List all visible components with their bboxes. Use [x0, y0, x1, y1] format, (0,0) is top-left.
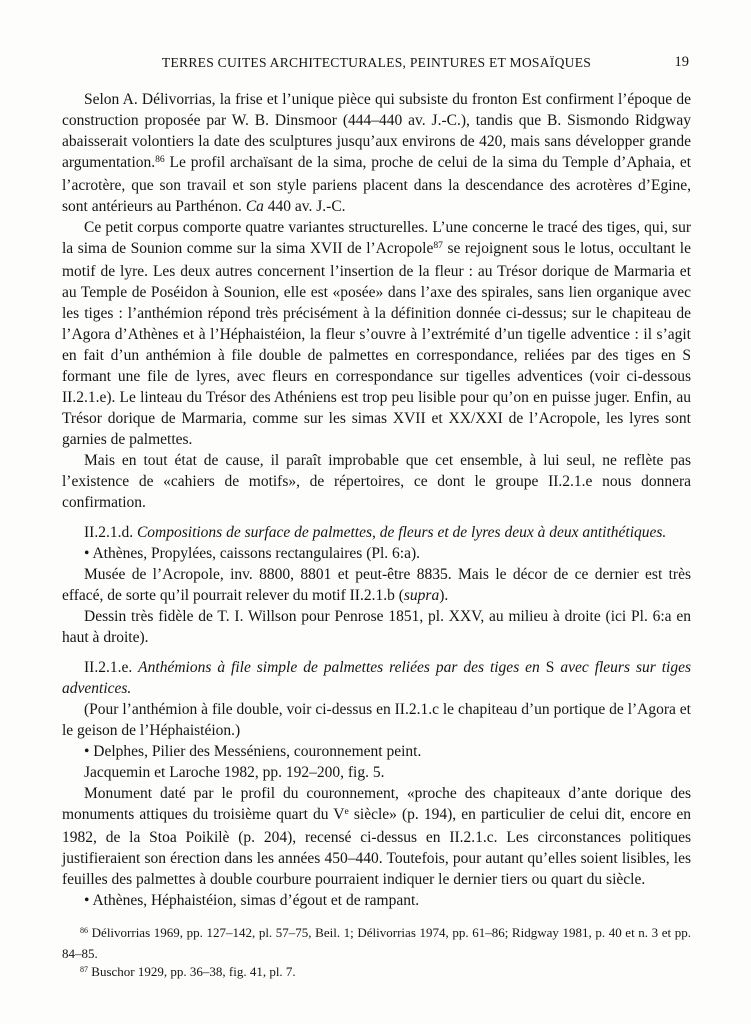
text-run: II.2.1.d.: [84, 524, 137, 541]
paragraph-monument-date: Monument daté par le profil du couronnem…: [62, 783, 691, 890]
text-run: • Delphes, Pilier des Messéniens, couron…: [84, 743, 421, 760]
text-run: Délivorrias 1969, pp. 127–142, pl. 57–75…: [62, 925, 691, 961]
text-run: (Pour l’anthémion à file double, voir ci…: [62, 701, 691, 739]
list-item-athenes-propylees: • Athènes, Propylées, caissons rectangul…: [62, 543, 691, 564]
paragraph-musee-acropole: Musée de l’Acropole, inv. 8800, 8801 et …: [62, 564, 691, 606]
text-run: Mais en tout état de cause, il paraît im…: [62, 452, 691, 511]
italic-text: Ca: [246, 198, 264, 215]
text-run: 440 av. J.-C.: [264, 198, 346, 215]
superscript-text: 87: [433, 240, 443, 251]
running-title: TERRES CUITES ARCHITECTURALES, PEINTURES…: [162, 55, 591, 70]
superscript-text: 86: [155, 154, 165, 165]
superscript-text: 86: [80, 926, 88, 935]
footnote-86: 86 Délivorrias 1969, pp. 127–142, pl. 57…: [62, 924, 691, 963]
paragraph-cahiers-de-motifs: Mais en tout état de cause, il paraît im…: [62, 450, 691, 513]
document-page: TERRES CUITES ARCHITECTURALES, PEINTURES…: [0, 0, 751, 1024]
text-run: ).: [439, 587, 448, 604]
footnotes-block: 86 Délivorrias 1969, pp. 127–142, pl. 57…: [62, 924, 691, 984]
text-run: • Athènes, Propylées, caissons rectangul…: [84, 545, 420, 562]
paragraph-delivorrias-dating: Selon A. Délivorrias, la frise et l’uniq…: [62, 89, 691, 217]
italic-text: Anthémions à file simple de palmettes re…: [138, 659, 546, 676]
italic-text: Compositions de surface de palmettes, de…: [137, 524, 666, 541]
superscript-text: e: [345, 806, 349, 817]
text-run: se rejoignent sous le lotus, occultant l…: [62, 240, 691, 448]
text-run: Jacquemin et Laroche 1982, pp. 192–200, …: [84, 764, 384, 781]
text-run: II.2.1.e.: [84, 659, 138, 676]
section-heading-II21e: II.2.1.e. Anthémions à file simple de pa…: [62, 657, 691, 699]
footnote-87: 87 Buschor 1929, pp. 36–38, fig. 41, pl.…: [62, 963, 691, 984]
list-item-delphes-pilier: • Delphes, Pilier des Messéniens, couron…: [62, 741, 691, 762]
page-number: 19: [675, 54, 690, 71]
list-item-athenes-hephaisteion: • Athènes, Héphaistéion, simas d’égout e…: [62, 890, 691, 911]
paragraph-jacquemin-laroche: Jacquemin et Laroche 1982, pp. 192–200, …: [62, 762, 691, 783]
text-run: • Athènes, Héphaistéion, simas d’égout e…: [84, 892, 419, 909]
section-heading-II21d: II.2.1.d. Compositions de surface de pal…: [62, 522, 691, 543]
text-column: TERRES CUITES ARCHITECTURALES, PEINTURES…: [62, 54, 691, 984]
text-run: Musée de l’Acropole, inv. 8800, 8801 et …: [62, 566, 691, 604]
page-body: Selon A. Délivorrias, la frise et l’uniq…: [62, 89, 691, 911]
paragraph-corpus-variantes: Ce petit corpus comporte quatre variante…: [62, 217, 691, 450]
paragraph-renvoi-II21c: (Pour l’anthémion à file double, voir ci…: [62, 699, 691, 741]
superscript-text: 87: [80, 965, 88, 974]
text-run: Dessin très fidèle de T. I. Willson pour…: [62, 608, 691, 646]
page-header: TERRES CUITES ARCHITECTURALES, PEINTURES…: [62, 54, 691, 72]
paragraph-dessin-willson: Dessin très fidèle de T. I. Willson pour…: [62, 606, 691, 648]
text-run: Buschor 1929, pp. 36–38, fig. 41, pl. 7.: [88, 964, 296, 979]
italic-text: supra: [404, 587, 439, 604]
